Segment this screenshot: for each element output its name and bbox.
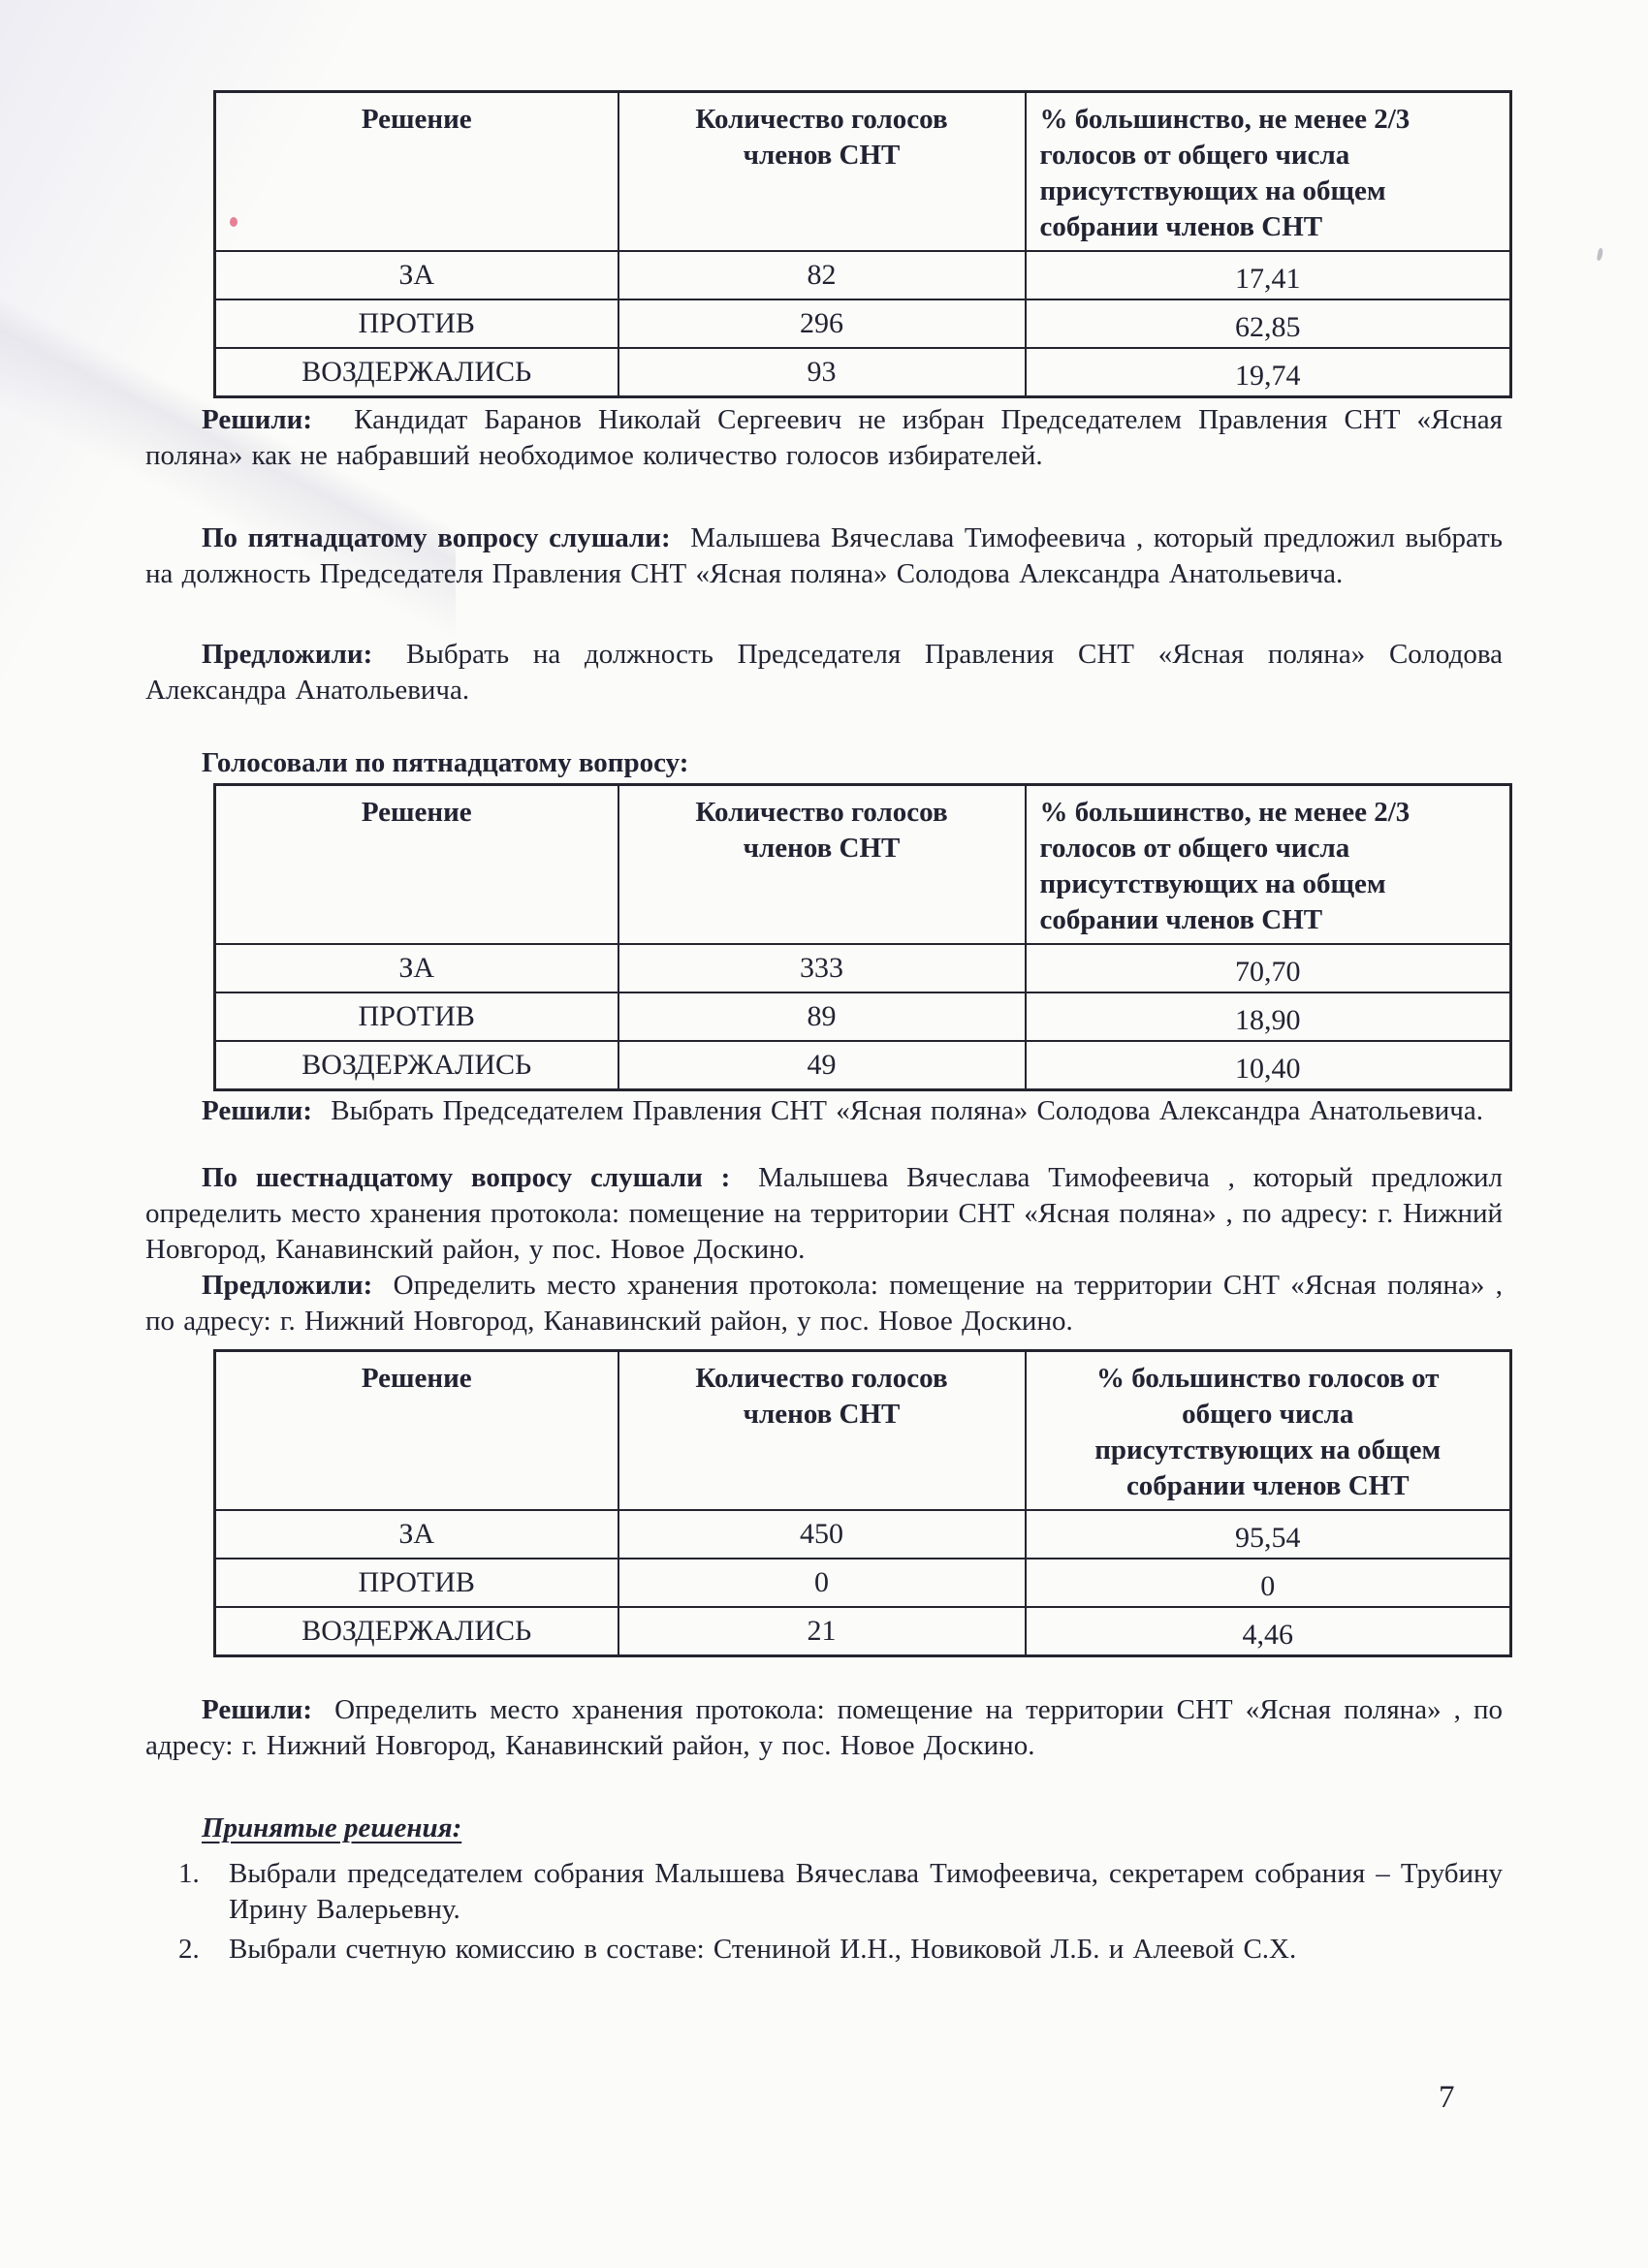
col-header-vote-count: Количество голосов членов СНТ xyxy=(618,785,1026,945)
page-number: 7 xyxy=(1439,2080,1455,2116)
vote-percent-cell: 18,90 xyxy=(1026,992,1511,1041)
adopted-decisions-heading: Принятые решения: xyxy=(145,1811,1503,1846)
vote-table-question-16: Решение Количество голосов членов СНТ % … xyxy=(213,1349,1512,1657)
document-content: Решение Количество голосов членов СНТ % … xyxy=(145,90,1503,1971)
decisions-list: 1. Выбрали председателем собрания Малыше… xyxy=(145,1856,1503,1968)
vote-option-cell: ВОЗДЕРЖАЛИСЬ xyxy=(215,1607,618,1656)
table-row: ВОЗДЕРЖАЛИСЬ 93 19,74 xyxy=(215,348,1511,397)
vote-percent-cell: 10,40 xyxy=(1026,1041,1511,1090)
proposed-label: Предложили: xyxy=(202,639,372,670)
paragraph-question-15-proposed: Предложили: Выбрать на должность Председ… xyxy=(145,637,1503,709)
table-row: ПРОТИВ 89 18,90 xyxy=(215,992,1511,1041)
vote-option-cell: ЗА xyxy=(215,1510,618,1559)
vote-option-cell: ПРОТИВ xyxy=(215,992,618,1041)
list-item-text: Выбрали председателем собрания Малышева … xyxy=(229,1856,1503,1928)
proposed-label: Предложили: xyxy=(202,1270,372,1301)
vote-percent-cell: 95,54 xyxy=(1026,1510,1511,1559)
col-header-decision: Решение xyxy=(215,1351,618,1511)
resolution-label: Решили: xyxy=(202,1095,312,1126)
vote-option-cell: ВОЗДЕРЖАЛИСЬ xyxy=(215,348,618,397)
col-header-percent-majority: % большинство, не менее 2/3 голосов от о… xyxy=(1026,92,1511,252)
vote-option-cell: ПРОТИВ xyxy=(215,1559,618,1607)
vote-percent-cell: 19,74 xyxy=(1026,348,1511,397)
adopted-decisions-heading-text: Принятые решения: xyxy=(202,1812,461,1843)
vote-count-cell: 0 xyxy=(618,1559,1026,1607)
scan-artifact-mark xyxy=(1597,248,1604,262)
resolution-label: Решили: xyxy=(202,1694,312,1725)
vote-percent-cell: 4,46 xyxy=(1026,1607,1511,1656)
vote-count-cell: 49 xyxy=(618,1041,1026,1090)
table-row: ЗА 450 95,54 xyxy=(215,1510,1511,1559)
resolution-text: Кандидат Баранов Николай Сергеевич не из… xyxy=(145,404,1503,471)
table-row: ЗА 82 17,41 xyxy=(215,251,1511,299)
vote-percent-cell: 0 xyxy=(1026,1559,1511,1607)
table-header-row: Решение Количество голосов членов СНТ % … xyxy=(215,1351,1511,1511)
paragraph-question-15-heard: По пятнадцатому вопросу слушали: Малышев… xyxy=(145,520,1503,592)
vote-option-cell: ЗА xyxy=(215,251,618,299)
document-page: Решение Количество голосов членов СНТ % … xyxy=(0,0,1648,2268)
table-row: ЗА 333 70,70 xyxy=(215,944,1511,992)
question-16-heard-label: По шестнадцатому вопросу слушали : xyxy=(202,1162,730,1193)
resolution-text: Определить место хранения протокола: пом… xyxy=(145,1694,1503,1761)
vote-option-cell: ПРОТИВ xyxy=(215,299,618,348)
paragraph-resolution-14: Решили: Кандидат Баранов Николай Сергеев… xyxy=(145,402,1503,474)
table-header-row: Решение Количество голосов членов СНТ % … xyxy=(215,785,1511,945)
vote-count-cell: 450 xyxy=(618,1510,1026,1559)
list-item-text: Выбрали счетную комиссию в составе: Стен… xyxy=(229,1932,1503,1968)
vote-count-cell: 93 xyxy=(618,348,1026,397)
paragraph-resolution-16: Решили: Определить место хранения проток… xyxy=(145,1692,1503,1764)
table-row: ВОЗДЕРЖАЛИСЬ 21 4,46 xyxy=(215,1607,1511,1656)
paragraph-resolution-15: Решили: Выбрать Председателем Правления … xyxy=(145,1093,1503,1129)
col-header-decision: Решение xyxy=(215,785,618,945)
list-item-number: 2. xyxy=(178,1932,229,1968)
question-15-heard-label: По пятнадцатому вопросу слушали: xyxy=(202,522,671,553)
vote-option-cell: ЗА xyxy=(215,944,618,992)
vote-count-cell: 82 xyxy=(618,251,1026,299)
vote-percent-cell: 62,85 xyxy=(1026,299,1511,348)
vote-count-cell: 296 xyxy=(618,299,1026,348)
paragraph-question-16-proposed: Предложили: Определить место хранения пр… xyxy=(145,1268,1503,1339)
vote-percent-cell: 70,70 xyxy=(1026,944,1511,992)
table-row: ПРОТИВ 0 0 xyxy=(215,1559,1511,1607)
vote-percent-cell: 17,41 xyxy=(1026,251,1511,299)
col-header-decision: Решение xyxy=(215,92,618,252)
vote-table-question-14: Решение Количество голосов членов СНТ % … xyxy=(213,90,1512,398)
table-row: ПРОТИВ 296 62,85 xyxy=(215,299,1511,348)
col-header-vote-count: Количество голосов членов СНТ xyxy=(618,1351,1026,1511)
col-header-percent-majority: % большинство, не менее 2/3 голосов от о… xyxy=(1026,785,1511,945)
table-header-row: Решение Количество голосов членов СНТ % … xyxy=(215,92,1511,252)
vote-count-cell: 89 xyxy=(618,992,1026,1041)
vote-table-question-15: Решение Количество голосов членов СНТ % … xyxy=(213,783,1512,1091)
vote-count-cell: 21 xyxy=(618,1607,1026,1656)
resolution-text: Выбрать Председателем Правления СНТ «Ясн… xyxy=(331,1095,1483,1126)
voted-question-15-heading: Голосовали по пятнадцатому вопросу: xyxy=(145,745,1503,781)
col-header-vote-count: Количество голосов членов СНТ xyxy=(618,92,1026,252)
list-item: 1. Выбрали председателем собрания Малыше… xyxy=(178,1856,1503,1928)
vote-option-cell: ВОЗДЕРЖАЛИСЬ xyxy=(215,1041,618,1090)
col-header-percent-majority: % большинство голосов от общего числа пр… xyxy=(1026,1351,1511,1511)
list-item: 2. Выбрали счетную комиссию в составе: С… xyxy=(178,1932,1503,1968)
resolution-label: Решили: xyxy=(202,404,312,435)
paragraph-question-16-heard: По шестнадцатому вопросу слушали : Малыш… xyxy=(145,1160,1503,1268)
table-row: ВОЗДЕРЖАЛИСЬ 49 10,40 xyxy=(215,1041,1511,1090)
list-item-number: 1. xyxy=(178,1856,229,1928)
vote-count-cell: 333 xyxy=(618,944,1026,992)
